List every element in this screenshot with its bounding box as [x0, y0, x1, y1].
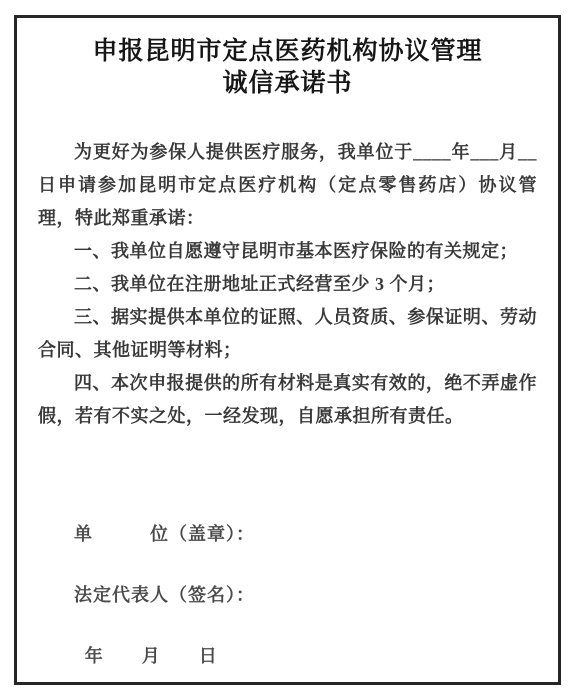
signature-block: 单 位（盖章）： 法定代表人（签名）： 年 月 日 [38, 518, 537, 673]
document-title: 申报昆明市定点医药机构协议管理 诚信承诺书 [38, 36, 537, 100]
clause-4: 四、本次申报提供的所有材料是真实有效的，绝不弄虚作假，若有不实之处，一经发现，自… [38, 367, 537, 433]
unit-seal-label: 单 位（盖章）： [38, 518, 537, 551]
clause-1: 一、我单位自愿遵守昆明市基本医疗保险的有关规定； [38, 235, 537, 268]
date-line: 年 月 日 [38, 640, 537, 673]
intro-paragraph: 为更好为参保人提供医疗服务，我单位于____年___月__日申请参加昆明市定点医… [38, 136, 537, 235]
title-line-2: 诚信承诺书 [38, 68, 537, 100]
title-line-1: 申报昆明市定点医药机构协议管理 [38, 36, 537, 68]
clause-2: 二、我单位在注册地址正式经营至少 3 个月； [38, 268, 537, 301]
document-body: 为更好为参保人提供医疗服务，我单位于____年___月__日申请参加昆明市定点医… [38, 136, 537, 433]
clause-3: 三、据实提供本单位的证照、人员资质、参保证明、劳动合同、其他证明等材料； [38, 301, 537, 367]
document-page: 申报昆明市定点医药机构协议管理 诚信承诺书 为更好为参保人提供医疗服务，我单位于… [0, 0, 575, 700]
legal-representative-label: 法定代表人（签名）： [38, 579, 537, 612]
document-border-frame: 申报昆明市定点医药机构协议管理 诚信承诺书 为更好为参保人提供医疗服务，我单位于… [14, 15, 561, 685]
